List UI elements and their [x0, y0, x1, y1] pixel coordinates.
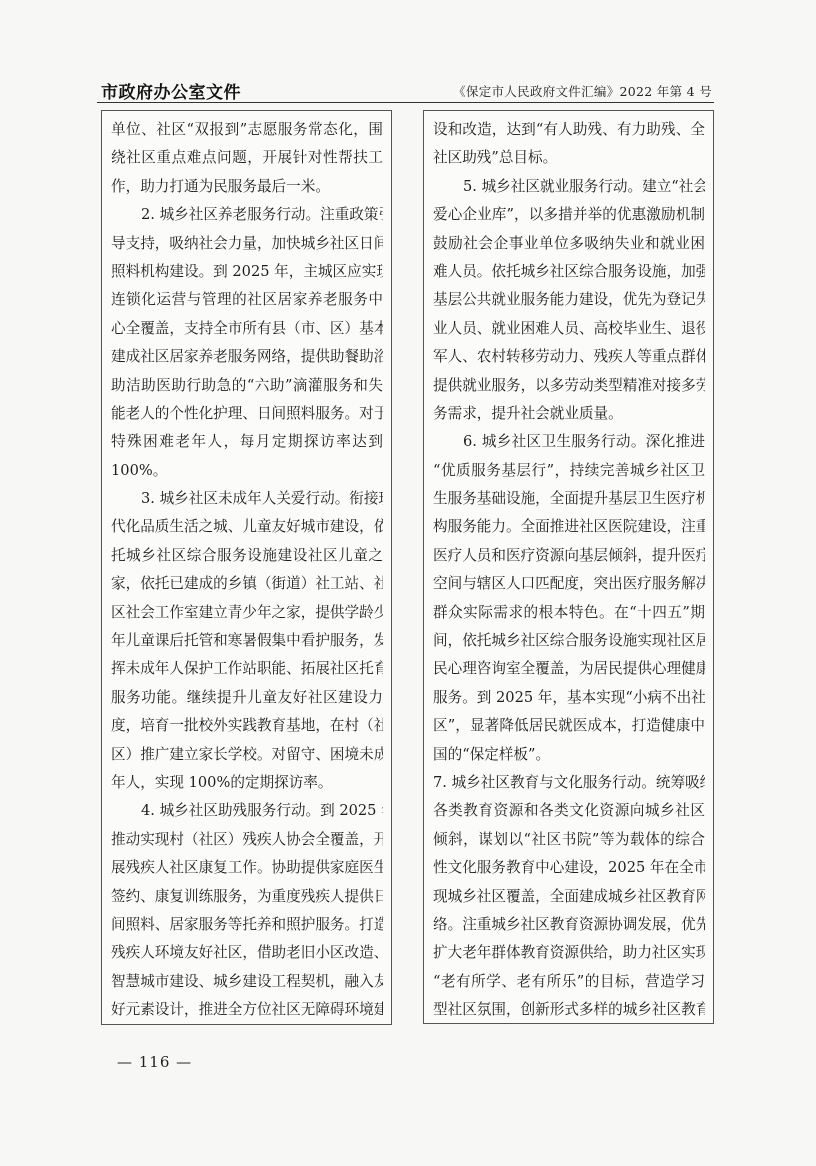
text-line: 3. 城乡社区未成年人关爱行动。衔接现 — [111, 485, 383, 513]
text-line: 提供就业服务，以多劳动类型精准对接多劳 — [433, 372, 705, 400]
text-line: 助洁助医助行助急的“六助”滴灌服务和失 — [111, 372, 383, 400]
text-line: 100%。 — [111, 457, 383, 485]
text-line: 医疗人员和医疗资源向基层倾斜，提升医疗 — [433, 542, 705, 570]
text-line: 5. 城乡社区就业服务行动。建立“社会 — [433, 173, 705, 201]
right-text-column: 设和改造，达到“有人助残、有力助残、全社区助残”总目标。5. 城乡社区就业服务行… — [423, 110, 714, 1024]
text-line: 好元素设计，推进全方位社区无障碍环境建 — [111, 996, 383, 1024]
text-line: 智慧城市建设、城乡建设工程契机，融入友 — [111, 968, 383, 996]
text-line: 空间与辖区人口匹配度，突出医疗服务解决 — [433, 570, 705, 598]
compilation-issue-title: 《保定市人民政府文件汇编》2022 年第 4 号 — [453, 82, 712, 100]
text-line: 服务。到 2025 年，基本实现“小病不出社 — [433, 684, 705, 712]
header-divider — [97, 102, 714, 103]
text-line: 服务功能。继续提升儿童友好社区建设力 — [111, 684, 383, 712]
text-line: 挥未成年人保护工作站职能、拓展社区托育 — [111, 655, 383, 683]
text-line: 群众实际需求的根本特色。在“十四五”期 — [433, 599, 705, 627]
text-line: 残疾人环境友好社区，借助老旧小区改造、 — [111, 939, 383, 967]
text-line: 基层公共就业服务能力建设，优先为登记失 — [433, 286, 705, 314]
text-line: 6. 城乡社区卫生服务行动。深化推进 — [433, 428, 705, 456]
text-line: 连锁化运营与管理的社区居家养老服务中 — [111, 286, 383, 314]
text-line: 托城乡社区综合服务设施建设社区儿童之 — [111, 542, 383, 570]
text-line: 展残疾人社区康复工作。协助提供家庭医生 — [111, 854, 383, 882]
text-line: 4. 城乡社区助残服务行动。到 2025 年， — [111, 797, 383, 825]
text-line: 构服务能力。全面推进社区医院建设，注重 — [433, 513, 705, 541]
text-line: 性文化服务教育中心建设，2025 年在全市实 — [433, 854, 705, 882]
text-line: 推动实现村（社区）残疾人协会全覆盖，开 — [111, 826, 383, 854]
text-line: 作，助力打通为民服务最后一米。 — [111, 173, 383, 201]
text-line: 难人员。依托城乡社区综合服务设施，加强 — [433, 258, 705, 286]
document-issuer-title: 市政府办公室文件 — [101, 78, 241, 103]
text-line: 型社区氛围，创新形式多样的城乡社区教育 — [433, 996, 705, 1024]
text-line: 军人、农村转移劳动力、残疾人等重点群体 — [433, 343, 705, 371]
text-line: 爱心企业库”，以多措并举的优惠激励机制 — [433, 201, 705, 229]
text-line: 单位、社区“双报到”志愿服务常态化，围 — [111, 116, 383, 144]
text-line: 业人员、就业困难人员、高校毕业生、退役 — [433, 315, 705, 343]
text-line: 年人，实现 100%的定期探访率。 — [111, 769, 383, 797]
text-line: 区社会工作室建立青少年之家，提供学龄少 — [111, 599, 383, 627]
text-line: 度，培育一批校外实践教育基地，在村（社 — [111, 712, 383, 740]
text-line: 区）推广建立家长学校。对留守、困境未成 — [111, 741, 383, 769]
text-line: 照料机构建设。到 2025 年，主城区应实现 — [111, 258, 383, 286]
text-line: 能老人的个性化护理、日间照料服务。对于 — [111, 400, 383, 428]
text-line: 生服务基础设施，全面提升基层卫生医疗机 — [433, 485, 705, 513]
text-line: 代化品质生活之城、儿童友好城市建设，依 — [111, 513, 383, 541]
text-line: 民心理咨询室全覆盖，为居民提供心理健康 — [433, 655, 705, 683]
text-line: 间照料、居家服务等托养和照护服务。打造 — [111, 911, 383, 939]
text-line: 心全覆盖，支持全市所有县（市、区）基本 — [111, 315, 383, 343]
text-line: 设和改造，达到“有人助残、有力助残、全 — [433, 116, 705, 144]
text-line: 倾斜，谋划以“社区书院”等为载体的综合 — [433, 826, 705, 854]
text-line: 导支持，吸纳社会力量，加快城乡社区日间 — [111, 230, 383, 258]
text-line: 绕社区重点难点问题，开展针对性帮扶工 — [111, 144, 383, 172]
text-line: 年儿童课后托管和寒暑假集中看护服务，发 — [111, 627, 383, 655]
text-line: 区”，显著降低居民就医成本，打造健康中 — [433, 712, 705, 740]
text-line: 现城乡社区覆盖，全面建成城乡社区教育网 — [433, 883, 705, 911]
text-line: “优质服务基层行”，持续完善城乡社区卫 — [433, 457, 705, 485]
text-line: 社区助残”总目标。 — [433, 144, 705, 172]
text-line: 家，依托已建成的乡镇（街道）社工站、社 — [111, 570, 383, 598]
page-number: — 116 — — [117, 1053, 192, 1071]
text-line: “老有所学、老有所乐”的目标，营造学习 — [433, 968, 705, 996]
text-line: 各类教育资源和各类文化资源向城乡社区 — [433, 797, 705, 825]
text-line: 特殊困难老年人，每月定期探访率达到 — [111, 428, 383, 456]
text-line: 建成社区居家养老服务网络，提供助餐助浴 — [111, 343, 383, 371]
text-line: 络。注重城乡社区教育资源协调发展，优先 — [433, 911, 705, 939]
text-line: 签约、康复训练服务，为重度残疾人提供日 — [111, 883, 383, 911]
text-line: 国的“保定样板”。 — [433, 741, 705, 769]
text-line: 务需求，提升社会就业质量。 — [433, 400, 705, 428]
text-line: 间，依托城乡社区综合服务设施实现社区居 — [433, 627, 705, 655]
text-line: 7. 城乡社区教育与文化服务行动。统筹吸纳 — [433, 769, 705, 797]
text-line: 扩大老年群体教育资源供给，助力社区实现 — [433, 939, 705, 967]
text-line: 鼓励社会企事业单位多吸纳失业和就业困 — [433, 230, 705, 258]
left-text-column: 单位、社区“双报到”志愿服务常态化，围绕社区重点难点问题，开展针对性帮扶工作，助… — [101, 110, 392, 1025]
text-line: 2. 城乡社区养老服务行动。注重政策引 — [111, 201, 383, 229]
